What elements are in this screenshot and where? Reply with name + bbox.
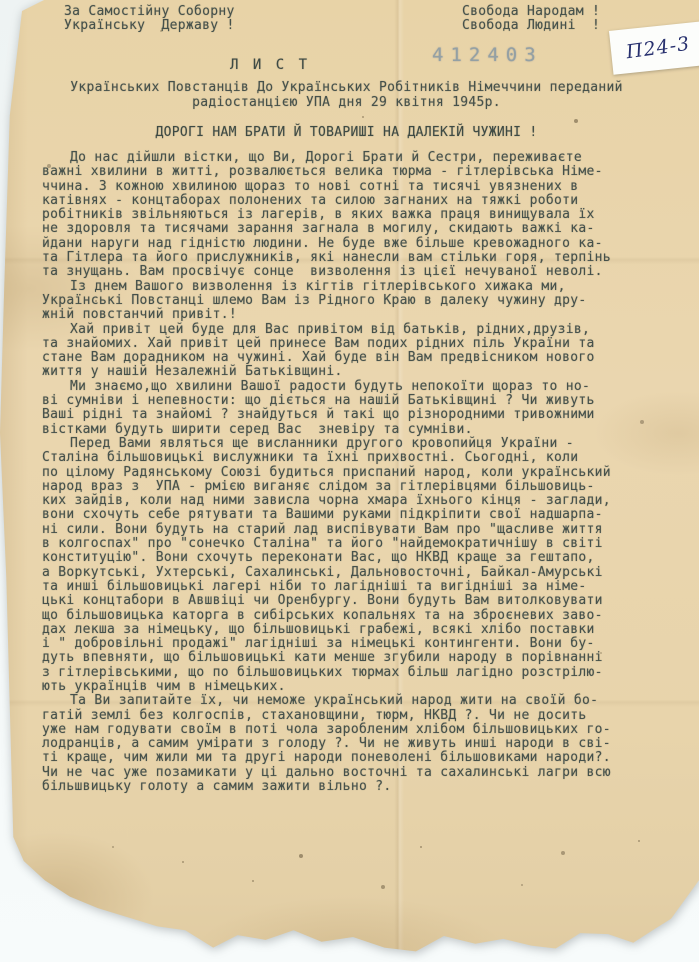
paragraph: Хай привіт цей буде для Вас привітом від… — [42, 323, 651, 380]
text-line: конституцію". Вони схочуть переконати Ва… — [42, 551, 651, 565]
text-line: Та Ви запитайте їх, чи неможе українськи… — [42, 694, 651, 708]
paragraph: Та Ви запитайте їх, чи неможе українськи… — [42, 694, 651, 794]
text-line: ні сили. Вони будуть на старий лад виспі… — [42, 523, 651, 537]
text-line: народ враз з УПА - рмією виганяє слідом … — [42, 480, 651, 494]
text-line: по цілому Радянському Союзі будиться при… — [42, 466, 651, 480]
text-line: гатій землі без колгоспів, стахановщини,… — [42, 709, 651, 723]
paragraph: До нас дійшли вістки, що Ви, Дорогі Брат… — [42, 151, 651, 280]
text-line: не здоровля та тисячами зарання загнала … — [42, 222, 651, 236]
text-line: що більшовицька каторга в сибірських коп… — [42, 609, 651, 623]
text-line: та знайомих. Хай привіт цей принесе Вам … — [42, 337, 651, 351]
serial-number-stamp: 412403 — [432, 44, 543, 66]
scan-background: За Самостійну СоборнуУкраїнську Державу … — [0, 0, 699, 962]
text-line: а Воркутські, Ухтерські, Сахалинські, Да… — [42, 566, 651, 580]
text-line: вістками будуть ширити серед Вас зневіру… — [42, 423, 651, 437]
paragraph: Перед Вами являться ще висланники другог… — [42, 437, 651, 694]
archive-label-note: П24-3 — [625, 33, 692, 64]
text-line: дуть впевняти, що більшовицькі кати менш… — [42, 651, 651, 665]
slogan-right: Свобода Народам !Свобода Людині ! — [462, 5, 600, 34]
text-line: Українських Повстанців До Українських Ро… — [42, 80, 651, 95]
document-title: Л И С Т — [230, 58, 310, 72]
text-line: йдани наруги над гідністю людини. Не буд… — [42, 237, 651, 251]
text-line: радіостанцією УПА дня 29 квітня 1945р. — [42, 95, 651, 110]
paper-speckles — [0, 0, 2, 2]
document-paper: За Самостійну СоборнуУкраїнську Державу … — [0, 0, 699, 962]
paper-shadow-wrap: За Самостійну СоборнуУкраїнську Державу … — [0, 0, 699, 962]
text-line: життя у нашій Незалежній Батьківщині. — [42, 365, 651, 379]
text-line: дах лекша за німецьку, що більшовицькі г… — [42, 623, 651, 637]
text-line: Із днем Вашого визволення із кігтів гітл… — [42, 280, 651, 294]
text-line: Українську Державу ! — [64, 19, 235, 33]
text-line: більшвицьку голоту а самим зажити вільно… — [42, 780, 651, 794]
text-line: Чи не час уже позамикати у ці дально вос… — [42, 766, 651, 780]
document-subtitle: Українських Повстанців До Українських Ро… — [42, 80, 651, 110]
text-line: ті краще, чим жили ми та другі народи по… — [42, 751, 651, 765]
text-line: Ваші рідні та знайомі ? знайдуться й так… — [42, 408, 651, 422]
letter-body: До нас дійшли вістки, що Ви, Дорогі Брат… — [42, 151, 651, 794]
slogan-left: За Самостійну СоборнуУкраїнську Державу … — [64, 5, 235, 34]
text-line: жній повстанчий привіт.! — [42, 308, 651, 322]
text-line: Хай привіт цей буде для Вас привітом від… — [42, 323, 651, 337]
text-line: та знущань. Вам просвічує сонце визволен… — [42, 265, 651, 279]
text-line: важні хвилини в житті, розвалюється вели… — [42, 165, 651, 179]
paragraph: Ми знаємо,що хвилини Вашої радости будут… — [42, 380, 651, 437]
text-line: Свобода Людині ! — [462, 19, 600, 33]
text-line: цькі концтабори в Авшвіці чи Оренбургу. … — [42, 594, 651, 608]
text-line: Ми знаємо,що хвилини Вашої радости будут… — [42, 380, 651, 394]
salutation-line: ДОРОГІ НАМ БРАТИ Й ТОВАРИШІ НА ДАЛЕКІЙ Ч… — [42, 126, 651, 140]
text-line: ччина. З кожною хвилиною щораз то нові с… — [42, 180, 651, 194]
paragraph: Із днем Вашого визволення із кігтів гітл… — [42, 280, 651, 323]
text-line: вони схочуть себе рятувати та Вашими рук… — [42, 508, 651, 522]
text-line: Сталіна більшовицькі вислужники та їхні … — [42, 451, 651, 465]
archive-label: П24-3 — [609, 21, 699, 75]
text-line: з гітлерівськими, що по більшовицьких тю… — [42, 666, 651, 680]
